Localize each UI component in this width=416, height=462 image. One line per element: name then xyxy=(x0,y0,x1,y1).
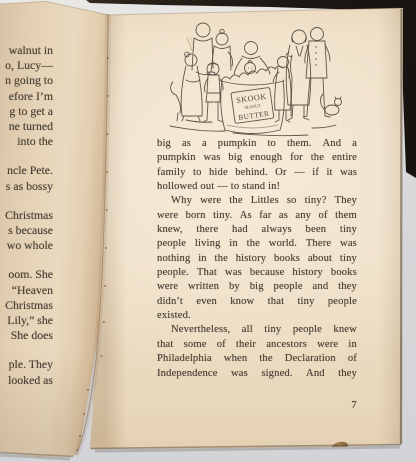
right-page-top-edge xyxy=(108,8,403,15)
binding-and-edges-overlay xyxy=(0,0,416,462)
left-page-top-edge xyxy=(0,2,108,16)
book-photo: walnut ino, Lucy—n going toefore I’mg to… xyxy=(0,0,416,462)
right-page-side-edge xyxy=(401,9,402,444)
gutter-crease-line xyxy=(76,14,108,455)
